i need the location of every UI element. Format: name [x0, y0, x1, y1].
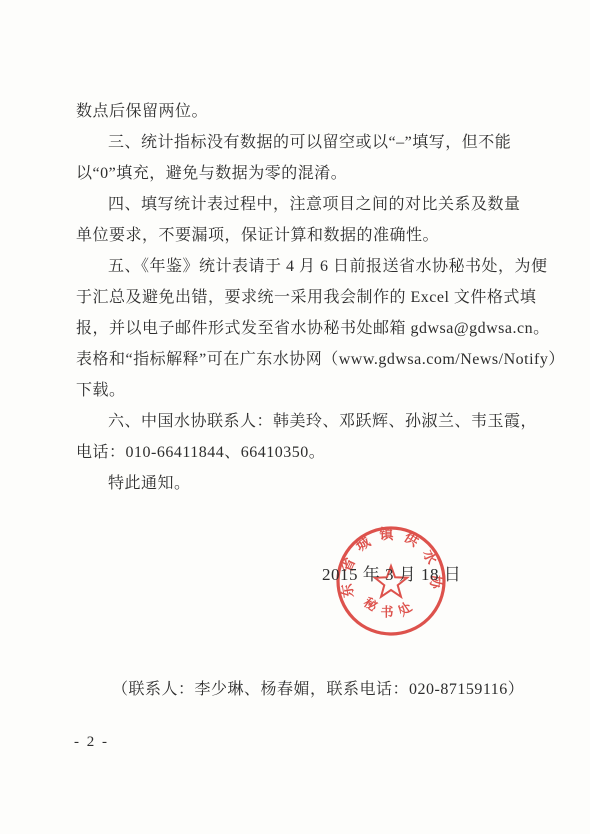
text-line: 表格和“指标解释”可在广东水协网（www.gdwsa.com/News/Noti…: [76, 344, 517, 375]
page-number: - 2 -: [74, 734, 109, 751]
body-text: 数点后保留两位。三、统计指标没有数据的可以留空或以“–”填写，但不能以“0”填充…: [76, 96, 517, 499]
text-line: 电话：010-66411844、66410350。: [76, 437, 517, 468]
seal-bottom-text: 秘书处: [361, 594, 421, 619]
text-line: 三、统计指标没有数据的可以留空或以“–”填写，但不能: [76, 127, 517, 158]
text-line: 以“0”填充，避免与数据为零的混淆。: [76, 158, 517, 189]
text-line: 下载。: [76, 375, 517, 406]
document-page: 数点后保留两位。三、统计指标没有数据的可以留空或以“–”填写，但不能以“0”填充…: [0, 0, 590, 834]
text-line: 于汇总及避免出错，要求统一采用我会制作的 Excel 文件格式填: [76, 282, 517, 313]
text-line: 四、填写统计表过程中，注意项目之间的对比关系及数量: [76, 189, 517, 220]
text-line: 单位要求，不要漏项，保证计算和数据的准确性。: [76, 220, 517, 251]
text-line: 特此通知。: [76, 468, 517, 499]
signature-date: 2015 年 3 月 18 日: [322, 560, 461, 585]
text-line: 报，并以电子邮件形式发至省水协秘书处邮箱 gdwsa@gdwsa.cn。: [76, 313, 517, 344]
text-line: 数点后保留两位。: [76, 96, 517, 127]
contact-note: （联系人：李少琳、杨春媚，联系电话：020-87159116）: [112, 676, 524, 699]
text-line: 五、《年鉴》统计表请于 4 月 6 日前报送省水协秘书处，为便: [76, 251, 517, 282]
text-line: 六、中国水协联系人：韩美玲、邓跃辉、孙淑兰、韦玉霞，: [76, 406, 517, 437]
